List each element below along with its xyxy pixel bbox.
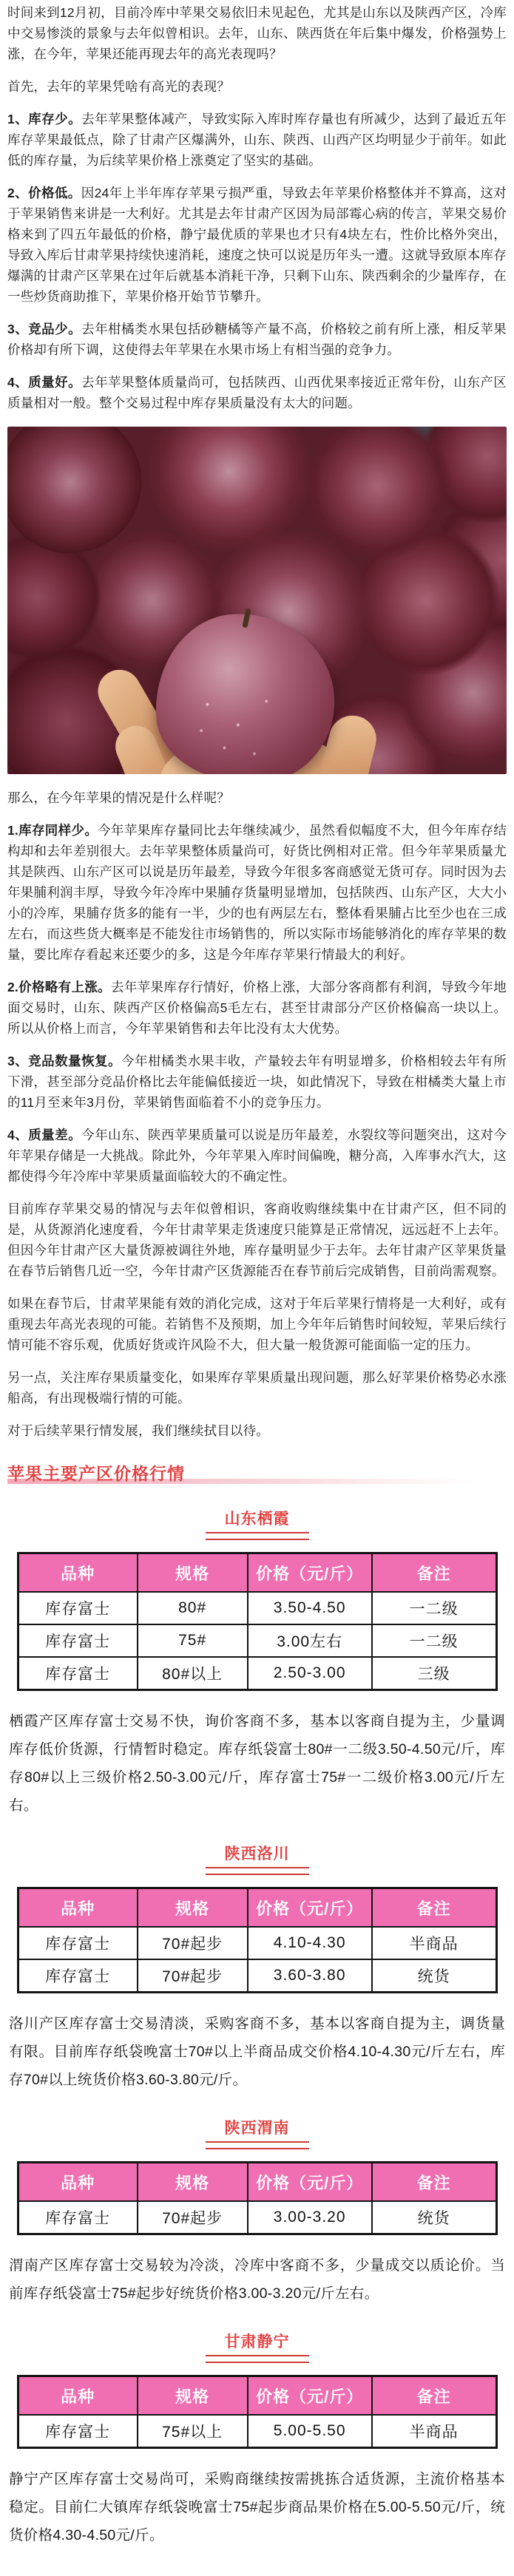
region-section: 陕西渭南品种规格价格（元/斤）备注库存富士70#起步3.00-3.20统货渭南产…: [7, 2116, 507, 2308]
paragraph-text: 首先，去年的苹果凭啥有高光的表现？: [7, 79, 230, 94]
table-cell: 75#以上: [138, 2415, 248, 2448]
paragraph: 3、竞品数量恢复。今年柑橘类水果丰收，产量较去年有明显增多，价格相较去年有所下滑…: [7, 1051, 507, 1113]
article: 时间来到12月初，目前冷库中苹果交易依旧未见起色，尤其是山东以及陕西产区，冷库中…: [0, 0, 514, 2576]
region-list: 山东栖霞品种规格价格（元/斤）备注库存富士80#3.50-4.50一二级库存富士…: [7, 1507, 507, 2549]
region-note: 渭南产区库存富士交易较为冷淡，冷库中客商不多，少量成交以质论价。当前库存纸袋富士…: [9, 2251, 505, 2308]
paragraph-lead: 1、库存少。: [7, 112, 81, 126]
intro-paragraphs: 时间来到12月初，目前冷库中苹果交易依旧未见起色，尤其是山东以及陕西产区，冷库中…: [7, 2, 507, 413]
paragraph-lead: 2.价格略有上涨。: [7, 980, 111, 994]
table-row: 库存富士70#起步3.60-3.80统货: [18, 1959, 496, 1993]
paragraph-text: 对于后续苹果行情发展，我们继续拭目以待。: [7, 1423, 269, 1438]
held-apple-shape: [151, 609, 339, 774]
region-note: 洛川产区库存富士交易清淡，采购客商不多，基本以客商自提为主，调货量有限。目前库存…: [9, 2010, 505, 2094]
column-header: 价格（元/斤）: [248, 2163, 372, 2202]
price-table: 品种规格价格（元/斤）备注库存富士70#起步3.00-3.20统货: [17, 2161, 498, 2235]
table-header-row: 品种规格价格（元/斤）备注: [18, 2163, 496, 2202]
table-cell: 半商品: [372, 1927, 496, 1959]
paragraph: 3、竞品少。去年柑橘类水果包括砂糖橘等产量不高，价格较之前有所上涨，相反苹果价格…: [7, 319, 507, 360]
table-cell: 80#以上: [138, 1657, 248, 1690]
column-header: 规格: [138, 1553, 248, 1593]
table-cell: 70#起步: [138, 1927, 248, 1959]
paragraph: 另一点，关注库存果质量变化，如果库存苹果质量出现问题，那么好苹果价格势必水涨船高…: [7, 1367, 507, 1409]
table-cell: 库存富士: [18, 2201, 138, 2234]
price-table: 品种规格价格（元/斤）备注库存富士75#以上5.00-5.50半商品: [17, 2375, 498, 2449]
column-header: 品种: [18, 1888, 138, 1928]
paragraph-text: 如果在春节后，甘肃苹果能有效的消化完成，这对于年后苹果行情将是一大利好，或有重现…: [7, 1296, 507, 1352]
column-header: 价格（元/斤）: [248, 2376, 372, 2416]
table-header-row: 品种规格价格（元/斤）备注: [18, 1888, 496, 1928]
paragraph-lead: 3、竞品数量恢复。: [7, 1054, 121, 1068]
paragraph: 对于后续苹果行情发展，我们继续拭目以待。: [7, 1420, 507, 1441]
paragraph-lead: 1.库存同样少。: [7, 823, 98, 838]
price-section-title: 苹果主要产区价格行情: [7, 1460, 507, 1485]
paragraph: 时间来到12月初，目前冷库中苹果交易依旧未见起色，尤其是山东以及陕西产区，冷库中…: [7, 2, 507, 64]
paragraph-lead: 2、价格低。: [7, 186, 81, 200]
region-heading: 陕西洛川: [7, 1842, 507, 1864]
table-cell: 库存富士: [18, 2415, 138, 2448]
region-heading: 陕西渭南: [7, 2116, 507, 2138]
table-cell: 2.50-3.00: [248, 1657, 372, 1690]
column-header: 规格: [138, 2376, 248, 2416]
paragraph-text: 目前库存苹果交易的情况与去年似曾相识，客商收购继续集中在甘肃产区，但不同的是，从…: [7, 1201, 507, 1278]
double-underline: [206, 2355, 309, 2363]
analysis-paragraphs: 那么，在今年苹果的情况是什么样呢？1.库存同样少。今年苹果库存量同比去年继续减少…: [7, 787, 507, 1441]
table-cell: 3.00-3.20: [248, 2201, 372, 2234]
column-header: 备注: [372, 1553, 496, 1593]
double-underline: [206, 1867, 309, 1875]
table-row: 库存富士75#3.00左右一二级: [18, 1624, 496, 1657]
column-header: 价格（元/斤）: [248, 1888, 372, 1928]
table-row: 库存富士75#以上5.00-5.50半商品: [18, 2415, 496, 2448]
table-cell: 75#: [138, 1624, 248, 1657]
column-header: 品种: [18, 1553, 138, 1593]
region-note: 栖霞产区库存富士交易不快，询价客商不多，基本以客商自提为主，少量调库存低价货源，…: [9, 1707, 505, 1820]
paragraph: 目前库存苹果交易的情况与去年似曾相识，客商收购继续集中在甘肃产区，但不同的是，从…: [7, 1199, 507, 1281]
table-cell: 一二级: [372, 1592, 496, 1624]
paragraph-text: 那么，在今年苹果的情况是什么样呢？: [7, 790, 230, 805]
column-header: 备注: [372, 2376, 496, 2416]
paragraph-text: 时间来到12月初，目前冷库中苹果交易依旧未见起色，尤其是山东以及陕西产区，冷库中…: [7, 5, 507, 61]
table-cell: 一二级: [372, 1624, 496, 1657]
table-cell: 3.00左右: [248, 1624, 372, 1657]
table-header-row: 品种规格价格（元/斤）备注: [18, 2376, 496, 2416]
paragraph: 4、质量好。去年苹果整体质量尚可，包括陕西、山西优果率接近正常年份，山东产区质量…: [7, 372, 507, 413]
paragraph: 2、价格低。因24年上半年库存苹果亏损严重，导致去年苹果价格整体并不算高，这对于…: [7, 183, 507, 307]
apples-photo: [7, 427, 507, 774]
paragraph-text: 另一点，关注库存果质量变化，如果库存苹果质量出现问题，那么好苹果价格势必水涨船高…: [7, 1370, 507, 1406]
column-header: 备注: [372, 2163, 496, 2202]
region-section: 山东栖霞品种规格价格（元/斤）备注库存富士80#3.50-4.50一二级库存富士…: [7, 1507, 507, 1820]
double-underline: [206, 1532, 309, 1540]
table-cell: 库存富士: [18, 1927, 138, 1959]
column-header: 品种: [18, 2163, 138, 2202]
paragraph: 首先，去年的苹果凭啥有高光的表现？: [7, 76, 507, 97]
table-cell: 三级: [372, 1657, 496, 1690]
column-header: 价格（元/斤）: [248, 1553, 372, 1593]
table-row: 库存富士80#3.50-4.50一二级: [18, 1592, 496, 1624]
table-row: 库存富士70#起步4.10-4.30半商品: [18, 1927, 496, 1959]
column-header: 品种: [18, 2376, 138, 2416]
table-cell: 统货: [372, 2201, 496, 2234]
paragraph: 1.库存同样少。今年苹果库存量同比去年继续减少，虽然看似幅度不大，但今年库存结构…: [7, 820, 507, 965]
table-cell: 80#: [138, 1592, 248, 1624]
region-heading: 山东栖霞: [7, 1507, 507, 1529]
paragraph-text: 今年苹果库存量同比去年继续减少，虽然看似幅度不大，但今年库存结构却和去年差别很大…: [7, 823, 507, 962]
column-header: 规格: [138, 2163, 248, 2202]
table-cell: 3.60-3.80: [248, 1959, 372, 1993]
table-cell: 半商品: [372, 2415, 496, 2448]
paragraph: 2.价格略有上涨。去年苹果库存行情好，价格上涨，大部分客商都有利润，导致今年地面…: [7, 977, 507, 1039]
table-cell: 3.50-4.50: [248, 1592, 372, 1624]
paragraph: 那么，在今年苹果的情况是什么样呢？: [7, 787, 507, 808]
paragraph: 如果在春节后，甘肃苹果能有效的消化完成，这对于年后苹果行情将是一大利好，或有重现…: [7, 1293, 507, 1355]
table-row: 库存富士70#起步3.00-3.20统货: [18, 2201, 496, 2234]
table-cell: 70#起步: [138, 2201, 248, 2234]
double-underline: [206, 2141, 309, 2149]
column-header: 备注: [372, 1888, 496, 1928]
paragraph-lead: 4、质量好。: [7, 375, 81, 390]
paragraph-text: 去年苹果整体减产，导致实际入库时库存量也有所减少，达到了最近五年库存苹果最低点，…: [7, 112, 507, 168]
paragraph: 4、质量差。今年山东、陕西苹果质量可以说是历年最差，水裂纹等问题突出，这对今年苹…: [7, 1125, 507, 1187]
column-header: 规格: [138, 1888, 248, 1928]
table-row: 库存富士80#以上2.50-3.00三级: [18, 1657, 496, 1690]
paragraph-text: 因24年上半年库存苹果亏损严重，导致去年苹果价格整体并不算高，这对于苹果销售来讲…: [7, 186, 507, 304]
price-section-title-text: 苹果主要产区价格行情: [7, 1464, 185, 1483]
region-section: 陕西洛川品种规格价格（元/斤）备注库存富士70#起步4.10-4.30半商品库存…: [7, 1842, 507, 2094]
table-cell: 5.00-5.50: [248, 2415, 372, 2448]
region-heading: 甘肃静宁: [7, 2330, 507, 2352]
paragraph-text: 去年苹果整体质量尚可，包括陕西、山西优果率接近正常年份，山东产区质量相对一般。整…: [7, 375, 507, 410]
price-table: 品种规格价格（元/斤）备注库存富士80#3.50-4.50一二级库存富士75#3…: [17, 1552, 498, 1691]
paragraph-text: 今年山东、陕西苹果质量可以说是历年最差，水裂纹等问题突出，这对今年苹果存储是一大…: [7, 1128, 507, 1184]
table-header-row: 品种规格价格（元/斤）备注: [18, 1553, 496, 1593]
price-table: 品种规格价格（元/斤）备注库存富士70#起步4.10-4.30半商品库存富士70…: [17, 1887, 498, 1993]
region-note: 静宁产区库存富士交易尚可，采购商继续按需挑拣合适货源，主流价格基本稳定。目前仁大…: [9, 2465, 505, 2549]
paragraph-text: 去年柑橘类水果包括砂糖橘等产量不高，价格较之前有所上涨，相反苹果价格却有所下调，…: [7, 322, 507, 357]
table-cell: 库存富士: [18, 1657, 138, 1690]
table-cell: 库存富士: [18, 1592, 138, 1624]
table-cell: 统货: [372, 1959, 496, 1993]
region-section: 甘肃静宁品种规格价格（元/斤）备注库存富士75#以上5.00-5.50半商品静宁…: [7, 2330, 507, 2549]
paragraph: 1、库存少。去年苹果整体减产，导致实际入库时库存量也有所减少，达到了最近五年库存…: [7, 109, 507, 171]
paragraph-lead: 4、质量差。: [7, 1128, 81, 1142]
table-cell: 库存富士: [18, 1624, 138, 1657]
paragraph-lead: 3、竞品少。: [7, 322, 81, 336]
table-cell: 库存富士: [18, 1959, 138, 1993]
table-cell: 70#起步: [138, 1959, 248, 1993]
table-cell: 4.10-4.30: [248, 1927, 372, 1959]
